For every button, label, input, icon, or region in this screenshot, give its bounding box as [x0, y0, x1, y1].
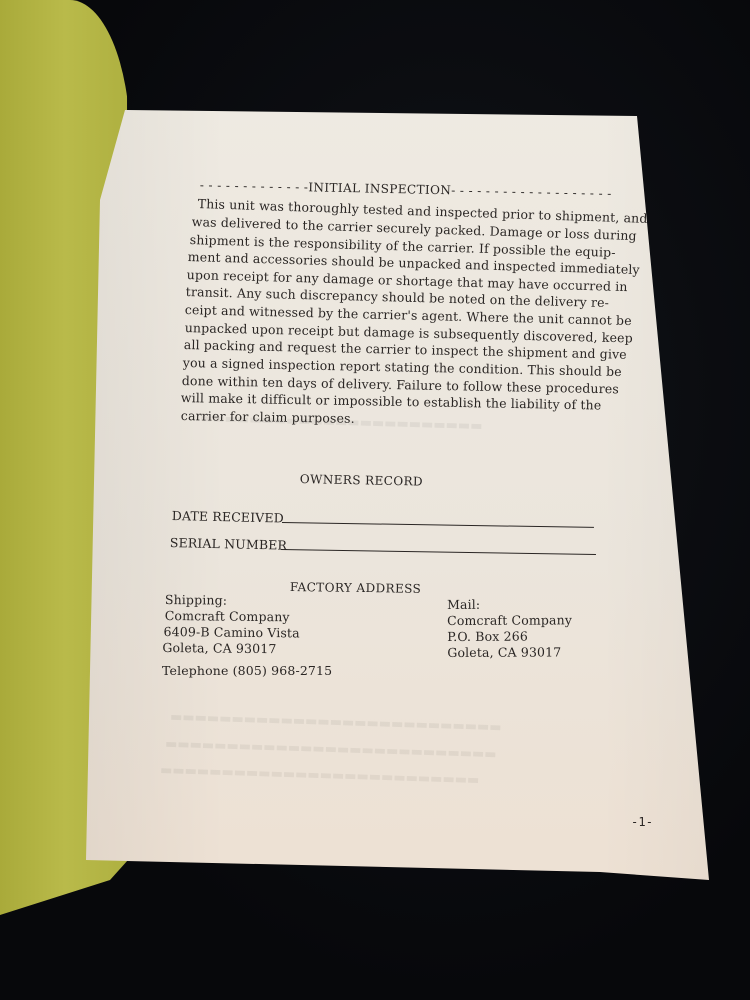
bleed-through-text: ▬▬▬▬▬▬▬▬▬▬▬▬▬▬▬▬▬▬▬▬▬▬▬▬▬▬▬	[170, 710, 502, 735]
paragraph-line: carrier for claim purposes.	[181, 408, 355, 426]
date-received-label: DATE RECEIVED	[172, 508, 284, 526]
serial-number-label: SERIAL NUMBER	[170, 535, 288, 553]
mail-address-block: Mail: Comcraft Company P.O. Box 266 Gole…	[447, 596, 572, 661]
factory-address-title: FACTORY ADDRESS	[290, 580, 421, 596]
mail-line: Comcraft Company	[447, 612, 572, 629]
mail-line: Goleta, CA 93017	[447, 644, 572, 661]
shipping-line: 6409-B Camino Vista	[163, 624, 299, 641]
heading-dashes-left: - - - - - - - - - - - - -	[200, 178, 309, 194]
owners-record-title: OWNERS RECORD	[300, 472, 423, 489]
bleed-through-text: ▬▬▬▬▬▬▬▬▬▬▬▬▬▬▬▬▬▬▬▬▬▬▬▬▬▬▬	[165, 737, 497, 762]
page-number: -1-	[631, 815, 653, 829]
bleed-through-text: ▬▬▬▬▬▬▬▬▬▬▬▬▬▬▬▬▬▬▬▬▬▬▬▬▬▬	[160, 763, 480, 788]
mail-label: Mail:	[447, 596, 572, 613]
shipping-label: Shipping:	[165, 592, 301, 609]
shipping-line: Comcraft Company	[165, 608, 301, 625]
shipping-address-block: Shipping: Comcraft Company 6409-B Camino…	[164, 592, 301, 657]
shipping-line: Goleta, CA 93017	[162, 640, 298, 657]
mail-line: P.O. Box 266	[447, 628, 572, 645]
heading-title: INITIAL INSPECTION	[308, 180, 451, 197]
telephone: Telephone (805) 968-2715	[162, 663, 332, 678]
